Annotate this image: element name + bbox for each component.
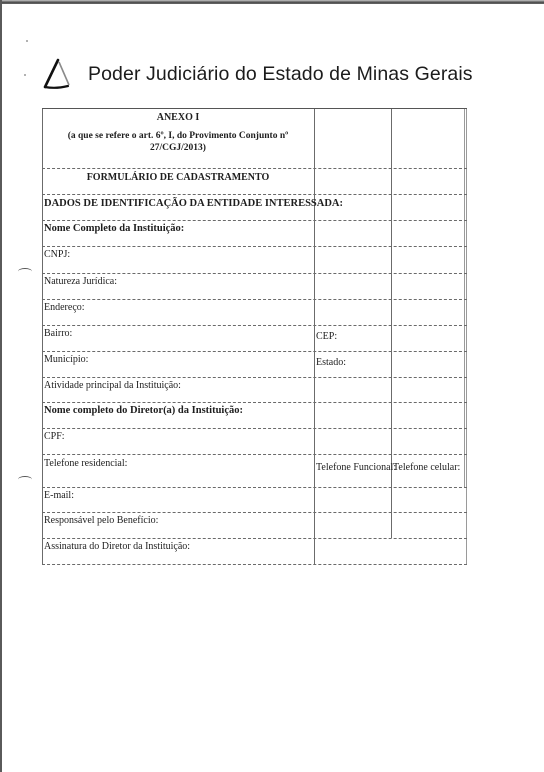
annex-reference-line2: 27/CGJ/2013) <box>44 142 312 154</box>
field-label-cpf: CPF: <box>44 431 65 442</box>
row-divider <box>42 454 467 455</box>
annex-title: ANEXO I <box>44 112 312 123</box>
field-label-institution-name: Nome Completo da Instituição: <box>44 223 184 234</box>
field-label-legal-nature: Natureza Jurídica: <box>44 276 117 287</box>
row-divider <box>42 168 467 169</box>
row-divider <box>42 538 467 539</box>
row-divider <box>42 428 467 429</box>
row-divider <box>42 194 467 195</box>
field-label-neighborhood: Bairro: <box>44 328 72 339</box>
table-left-border <box>42 108 43 565</box>
field-label-main-activity: Atividade principal da Instituição: <box>44 380 181 391</box>
table-bottom-border <box>42 564 467 565</box>
field-label-work-phone: Telefone Funcional: <box>316 462 396 473</box>
field-label-director-signature: Assinatura do Diretor da Instituição: <box>44 541 190 552</box>
field-label-beneficiary-manager: Responsável pelo Benefício: <box>44 515 158 526</box>
annex-reference-line1: (a que se refere o art. 6º, I, do Provim… <box>44 130 312 142</box>
row-divider <box>42 299 467 300</box>
field-label-state: Estado: <box>316 357 346 368</box>
row-divider <box>42 351 467 352</box>
section-heading: DADOS DE IDENTIFICAÇÃO DA ENTIDADE INTER… <box>44 198 343 209</box>
field-label-address: Endereço: <box>44 302 85 313</box>
row-divider <box>42 246 467 247</box>
row-divider <box>42 273 467 274</box>
field-label-mobile-phone: Telefone celular: <box>393 462 460 473</box>
row-divider <box>42 325 467 326</box>
table-right-border-inner <box>464 108 465 488</box>
table-top-border <box>42 108 467 109</box>
row-divider <box>42 402 467 403</box>
table-column-divider-1 <box>314 108 315 565</box>
field-label-director-name: Nome completo do Diretor(a) da Instituiç… <box>44 405 243 416</box>
table-column-divider-2 <box>391 108 392 538</box>
row-divider <box>42 512 467 513</box>
field-label-cnpj: CNPJ: <box>44 249 70 260</box>
field-label-home-phone: Telefone residencial: <box>44 458 127 469</box>
row-divider <box>42 377 467 378</box>
registration-form-table: ANEXO I (a que se refere o art. 6º, I, d… <box>0 0 544 772</box>
field-label-city: Município: <box>44 354 88 365</box>
field-label-zip-code: CEP: <box>316 331 337 342</box>
row-divider <box>42 220 467 221</box>
form-title: FORMULÁRIO DE CADASTRAMENTO <box>44 172 312 183</box>
table-right-border <box>466 108 467 565</box>
field-label-email: E-mail: <box>44 490 74 501</box>
row-divider <box>42 487 467 488</box>
